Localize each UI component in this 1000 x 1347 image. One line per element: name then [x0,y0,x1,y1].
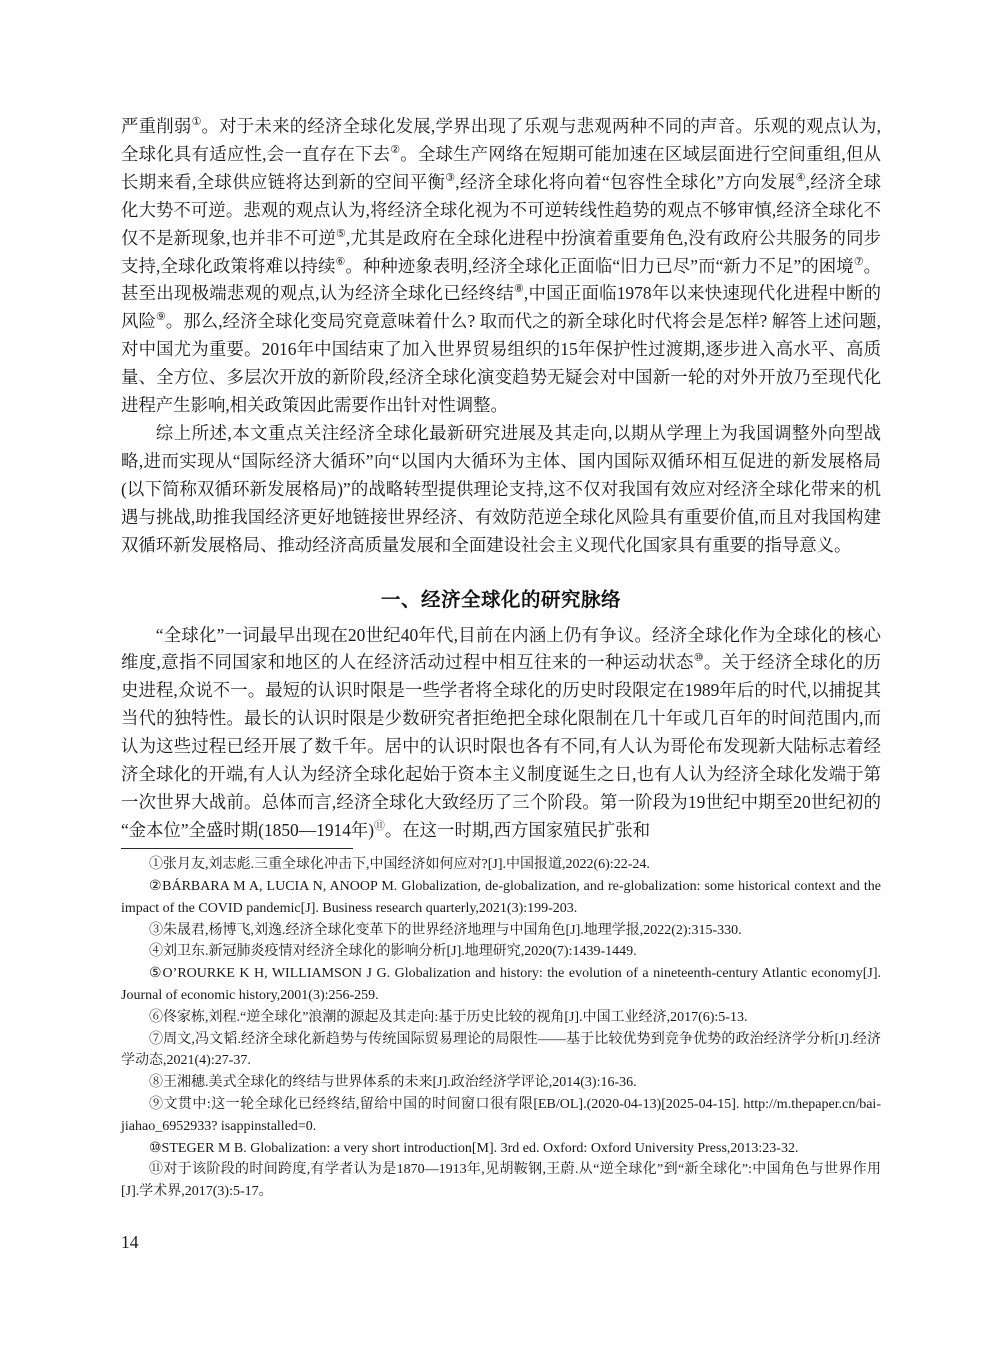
footnote-item: ⑧王湘穗.美式全球化的终结与世界体系的未来[J].政治经济学评论,2014(3)… [121,1072,881,1094]
section-heading: 一、经济全球化的研究脉络 [121,586,881,614]
footnote-item: ③朱晟君,杨博飞,刘逸.经济全球化变革下的世界经济地理与中国角色[J].地理学报… [121,920,881,942]
footnote-item: ⑨文贯中:这一轮全球化已经终结,留给中国的时间窗口很有限[EB/OL].(202… [121,1094,881,1138]
footnote-item: ⑦周文,冯文韬.经济全球化新趋势与传统国际贸易理论的局限性——基于比较优势到竞争… [121,1029,881,1073]
body-paragraph: “全球化”一词最早出现在20世纪40年代,目前在内涵上仍有争议。经济全球化作为全… [121,622,881,845]
footnote-item: ⑩STEGER M B. Globalization: a very short… [121,1138,881,1160]
body-paragraph: 综上所述,本文重点关注经济全球化最新研究进展及其走向,以期从学理上为我国调整外向… [121,420,881,560]
journal-page: 严重削弱①。对于未来的经济全球化发展,学界出现了乐观与悲观两种不同的声音。乐观的… [0,0,1000,1347]
footnote-item: ⑥佟家栋,刘程.“逆全球化”浪潮的源起及其走向:基于历史比较的视角[J].中国工… [121,1007,881,1029]
footnote-item: ⑪对于该阶段的时间跨度,有学者认为是1870—1913年,见胡鞍钢,王蔚.从“逆… [121,1159,881,1203]
body-paragraph-continued: 严重削弱①。对于未来的经济全球化发展,学界出现了乐观与悲观两种不同的声音。乐观的… [121,113,881,420]
footnote-item: ②BÁRBARA M A, LUCIA N, ANOOP M. Globaliz… [121,876,881,920]
footnote-item: ⑤O’ROURKE K H, WILLIAMSON J G. Globaliza… [121,963,881,1007]
footnote-item: ①张月友,刘志彪.三重全球化冲击下,中国经济如何应对?[J].中国报道,2022… [121,854,881,876]
text-column: 严重削弱①。对于未来的经济全球化发展,学界出现了乐观与悲观两种不同的声音。乐观的… [121,113,881,1203]
footnotes-section: ①张月友,刘志彪.三重全球化冲击下,中国经济如何应对?[J].中国报道,2022… [121,854,881,1203]
page-number: 14 [121,1232,139,1253]
footnote-item: ④刘卫东.新冠肺炎疫情对经济全球化的影响分析[J].地理研究,2020(7):1… [121,941,881,963]
footnote-separator-rule [121,848,353,850]
